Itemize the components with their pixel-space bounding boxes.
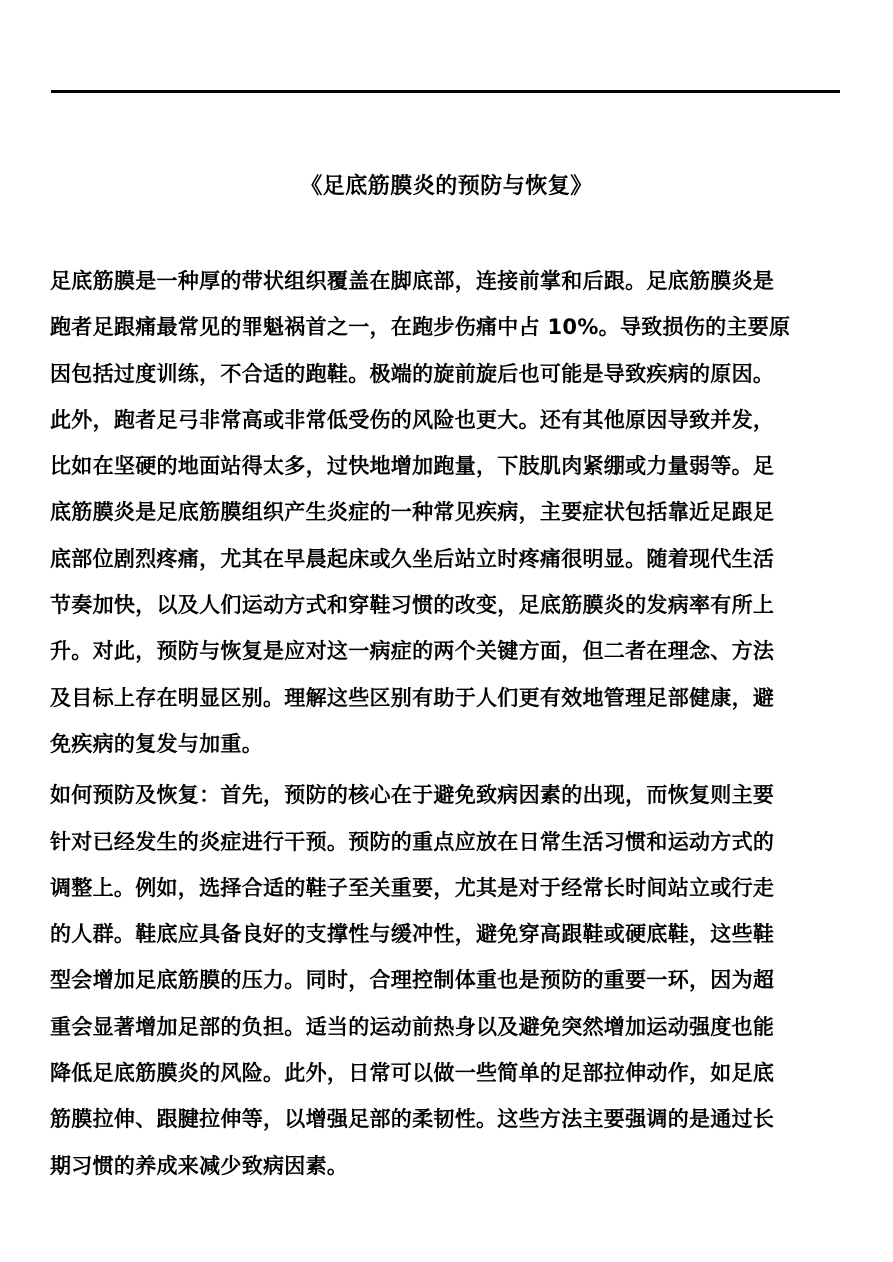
- text-line: 重会显著增加足部的负担。适当的运动前热身以及避免突然增加运动强度也能: [50, 1004, 843, 1050]
- document-page: 《足底筋膜炎的预防与恢复》 足底筋膜是一种厚的带状组织覆盖在脚底部，连接前掌和后…: [0, 0, 893, 1262]
- paragraph: 足底筋膜是一种厚的带状组织覆盖在脚底部，连接前掌和后跟。足底筋膜炎是跑者足跟痛最…: [50, 258, 843, 767]
- header-separator-line: [51, 90, 840, 93]
- document-body: 足底筋膜是一种厚的带状组织覆盖在脚底部，连接前掌和后跟。足底筋膜炎是跑者足跟痛最…: [50, 258, 843, 1189]
- text-line: 调整上。例如，选择合适的鞋子至关重要，尤其是对于经常长时间站立或行走: [50, 865, 843, 911]
- text-line: 降低足底筋膜炎的风险。此外，日常可以做一些简单的足部拉伸动作，如足底: [50, 1050, 843, 1096]
- text-line: 底部位剧烈疼痛，尤其在早晨起床或久坐后站立时疼痛很明显。随着现代生活: [50, 536, 843, 582]
- document-title: 《足底筋膜炎的预防与恢复》: [0, 169, 893, 200]
- text-line: 底筋膜炎是足底筋膜组织产生炎症的一种常见疾病，主要症状包括靠近足跟足: [50, 489, 843, 535]
- text-line: 期习惯的养成来减少致病因素。: [50, 1143, 843, 1189]
- text-line: 针对已经发生的炎症进行干预。预防的重点应放在日常生活习惯和运动方式的: [50, 819, 843, 865]
- text-line: 节奏加快，以及人们运动方式和穿鞋习惯的改变，足底筋膜炎的发病率有所上: [50, 582, 843, 628]
- text-line: 此外，跑者足弓非常高或非常低受伤的风险也更大。还有其他原因导致并发，: [50, 397, 843, 443]
- text-line: 因包括过度训练，不合适的跑鞋。极端的旋前旋后也可能是导致疾病的原因。: [50, 351, 843, 397]
- text-line: 升。对此，预防与恢复是应对这一病症的两个关键方面，但二者在理念、方法: [50, 628, 843, 674]
- paragraph: 如何预防及恢复：首先，预防的核心在于避免致病因素的出现，而恢复则主要针对已经发生…: [50, 772, 843, 1189]
- text-line: 筋膜拉伸、跟腱拉伸等，以增强足部的柔韧性。这些方法主要强调的是通过长: [50, 1096, 843, 1142]
- text-line: 跑者足跟痛最常见的罪魁祸首之一，在跑步伤痛中占 10%。导致损伤的主要原: [50, 304, 843, 350]
- text-line: 如何预防及恢复：首先，预防的核心在于避免致病因素的出现，而恢复则主要: [50, 772, 843, 818]
- text-line: 的人群。鞋底应具备良好的支撑性与缓冲性，避免穿高跟鞋或硬底鞋，这些鞋: [50, 911, 843, 957]
- text-line: 及目标上存在明显区别。理解这些区别有助于人们更有效地管理足部健康，避: [50, 675, 843, 721]
- text-line: 足底筋膜是一种厚的带状组织覆盖在脚底部，连接前掌和后跟。足底筋膜炎是: [50, 258, 843, 304]
- text-line: 免疾病的复发与加重。: [50, 721, 843, 767]
- text-line: 比如在坚硬的地面站得太多，过快地增加跑量，下肢肌肉紧绷或力量弱等。足: [50, 443, 843, 489]
- text-line: 型会增加足底筋膜的压力。同时，合理控制体重也是预防的重要一环，因为超: [50, 957, 843, 1003]
